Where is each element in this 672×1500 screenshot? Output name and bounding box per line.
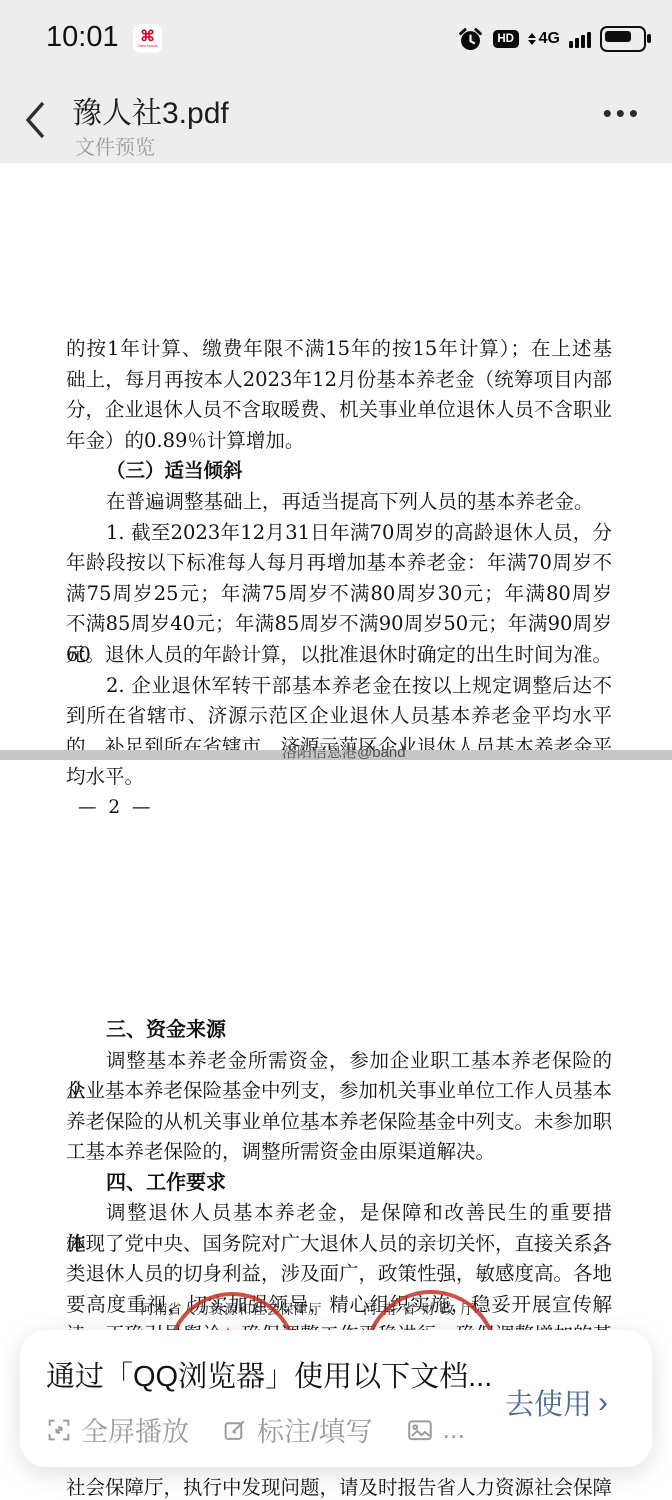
doc-line: 元。退休人员的年龄计算，以批准退休时确定的出生时间为准。: [66, 640, 612, 671]
annotate-fill-button[interactable]: 标注/填写: [222, 1410, 373, 1449]
doc-line: 在普遍调整基础上，再适当提高下列人员的基本养老金。: [66, 487, 612, 518]
doc-line: 分，企业退休人员不含取暖费、机关事业单位退休人员不含职业: [66, 395, 612, 426]
doc-line: 不满85周岁40元；年满85周岁不满90周岁50元；年满90周岁60: [66, 609, 612, 640]
qq-browser-promo-card: 通过「QQ浏览器」使用以下文档... 去使用 › 全屏播放: [20, 1330, 652, 1467]
clock-time: 10:01: [46, 21, 119, 54]
battery-icon: [600, 26, 646, 52]
doc-line: 年龄段按以下标准每人每月再增加基本养老金：年满70周岁不: [66, 548, 612, 579]
file-subtitle: 文件预览: [75, 131, 155, 160]
doc-line: 满75周岁25元；年满75周岁不满80周岁30元；年满80周岁: [66, 579, 612, 610]
doc-line: （三）适当倾斜: [66, 456, 612, 487]
doc-tools-row: 全屏播放 标注/填写: [46, 1410, 465, 1449]
image-tools-button[interactable]: ...: [406, 1414, 466, 1445]
battery-tip: [647, 34, 651, 43]
doc-line: 调整基本养老金所需资金，参加企业职工基本养老保险的从: [66, 1046, 612, 1077]
doc-line: 均水平。: [66, 762, 612, 793]
doc-line: — 2 —: [66, 793, 612, 824]
hd-badge-icon: HD: [493, 30, 519, 48]
watermark: 洛阳信息港@band: [282, 741, 406, 762]
signal-bars-icon: [569, 31, 591, 48]
doc-line: 础上，每月再按本人2023年12月份基本养老金（统筹项目内部: [66, 365, 612, 396]
fullscreen-icon: [46, 1417, 72, 1443]
doc-line: 工基本养老保险的，调整所需资金由原渠道解决。: [66, 1137, 612, 1168]
fullscreen-play-button[interactable]: 全屏播放: [46, 1410, 189, 1449]
china-unicom-icon: ⌘ China Unicom: [133, 24, 162, 53]
fullscreen-play-label: 全屏播放: [81, 1410, 189, 1449]
doc-line: 企业基本养老保险基金中列支，参加机关事业单位工作人员基本: [66, 1076, 612, 1107]
top-chrome: 10:01 ⌘ China Unicom HD 4G: [0, 0, 672, 164]
unicom-caption: China Unicom: [137, 44, 157, 47]
image-tools-label: ...: [443, 1414, 466, 1445]
arrow-up-icon: [528, 33, 536, 38]
doc-line: 2. 企业退休军转干部基本养老金在按以上规定调整后达不: [66, 671, 612, 702]
doc-line: 1. 截至2023年12月31日年满70周岁的高龄退休人员，分: [66, 518, 612, 549]
doc-line: 三、资金来源: [66, 1015, 612, 1046]
doc-line: 的按1年计算、缴费年限不满15年的按15年计算）；在上述基: [66, 334, 612, 365]
screen: 10:01 ⌘ China Unicom HD 4G: [0, 0, 672, 1500]
annotate-icon: [222, 1417, 248, 1443]
go-use-button[interactable]: 去使用 ›: [505, 1382, 608, 1423]
status-icons: HD 4G: [457, 24, 646, 54]
image-icon: [406, 1417, 434, 1443]
annotate-fill-label: 标注/填写: [257, 1410, 373, 1449]
back-icon[interactable]: [22, 98, 50, 142]
data-arrows-icon: [528, 33, 536, 45]
doc-line: 到所在省辖市、济源示范区企业退休人员基本养老金平均水平: [66, 701, 612, 732]
doc-line: 年金）的0.89％计算增加。: [66, 426, 612, 457]
arrow-down-icon: [528, 40, 536, 45]
battery-fill: [605, 31, 631, 43]
doc-line: 社会保障厅，执行中发现问题，请及时报告省人力资源社会保障: [66, 1473, 612, 1500]
doc-line: 养老保险的从机关事业单位基本养老保险基金中列支。未参加职: [66, 1107, 612, 1138]
more-menu-icon[interactable]: •••: [603, 98, 642, 129]
signature-strip: 河南省人力资源和社会保障厅 河南省财政厅 ★ ★: [0, 1190, 672, 1337]
unicom-knot-glyph: ⌘: [140, 29, 155, 44]
network-4g-icon: 4G: [528, 30, 560, 48]
go-use-label: 去使用: [505, 1382, 592, 1423]
hd-label: HD: [497, 33, 514, 45]
file-title: 豫人社3.pdf: [72, 88, 229, 132]
chevron-right-icon: ›: [598, 1388, 608, 1417]
alarm-clock-icon: [457, 26, 484, 53]
promo-message: 通过「QQ浏览器」使用以下文档...: [46, 1354, 514, 1395]
network-label: 4G: [539, 30, 560, 48]
